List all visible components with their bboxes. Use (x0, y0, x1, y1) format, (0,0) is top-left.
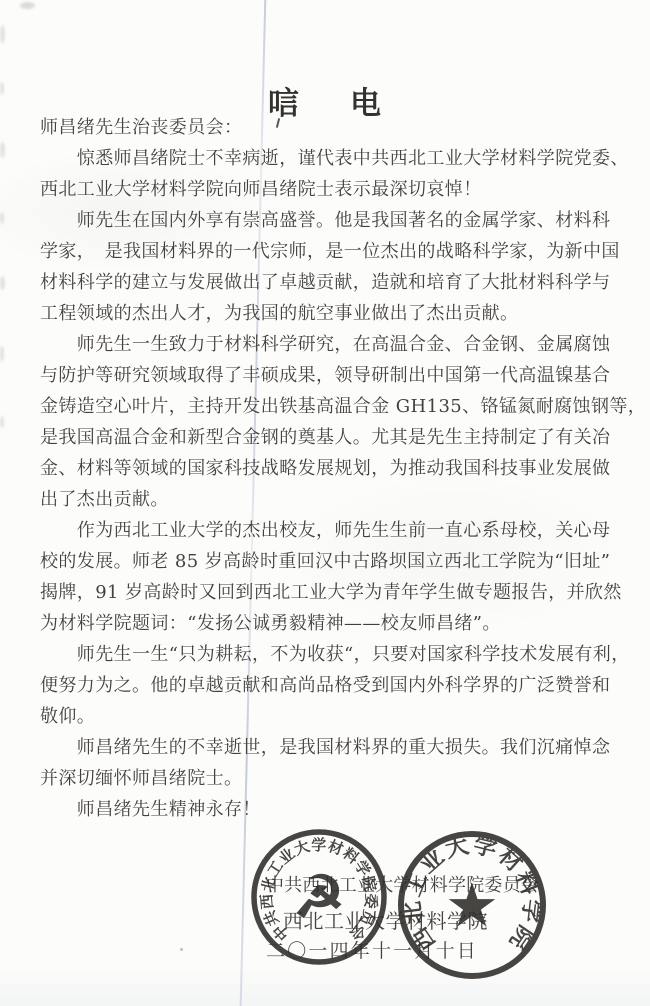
scan-smudge (0, 346, 4, 362)
letter-body: 师昌绪先生治丧委员会： 惊悉师昌绪院士不幸病逝，谨代表中共西北工业大学材料学院党… (40, 112, 626, 825)
body-line: 是我国高温合金和新型合金钢的奠基人。尤其是先生主持制定了有关冶 (40, 422, 626, 453)
body-line: 师昌绪先生的不幸逝世，是我国材料界的重大损失。我们沉痛悼念 (40, 732, 626, 763)
body-line: 金、材料等领域的国家科技战略发展规划，为推动我国科技事业发展做 (40, 453, 626, 484)
scan-speck (180, 948, 183, 951)
body-line: 金铸造空心叶片，主持开发出铁基高温合金 GH135、铬锰氮耐腐蚀钢等， (40, 391, 626, 422)
scanned-condolence-letter: 唁 电 师昌绪先生治丧委员会： 惊悉师昌绪院士不幸病逝，谨代表中共西北工业大学材… (0, 0, 650, 1006)
body-line: 材料科学的建立与发展做出了卓越贡献，造就和培育了大批材料科学与 (40, 267, 626, 298)
body-line: 校的发展。师老 85 岁高龄时重回汉中古路坝国立西北工学院为“旧址” (40, 546, 626, 577)
scan-smudge (0, 416, 4, 428)
body-line: 揭牌，91 岁高龄时又回到西北工业大学为青年学生做专题报告，并欣然 (40, 577, 626, 608)
scan-smudge (0, 142, 5, 158)
scan-smudge (0, 25, 5, 43)
school-seal: 西北工业大学材料学院 ★ (396, 829, 548, 981)
body-line: 学家， 是我国材料界的一代宗师，是一位杰出的战略科学家，为新中国 (40, 236, 626, 267)
body-line: 师先生在国内外享有崇高盛誉。他是我国著名的金属学家、材料科 (40, 205, 626, 236)
body-line: 师昌绪先生精神永存！ (40, 794, 626, 825)
party-committee-seal: 中共西北工业大学材料学院委员会 ☭ (249, 827, 389, 967)
body-line: 出了杰出贡献。 (40, 484, 626, 515)
body-line: 敬仰。 (40, 701, 626, 732)
body-line: 惊悉师昌绪院士不幸病逝，谨代表中共西北工业大学材料学院党委、 (40, 143, 626, 174)
scan-smudge (0, 212, 4, 224)
body-line: 工程领域的杰出人才，为我国的航空事业做出了杰出贡献。 (40, 298, 626, 329)
body-line: 师先生一生致力于材料科学研究，在高温合金、合金钢、金属腐蚀 (40, 329, 626, 360)
body-line: 便努力为之。他的卓越贡献和高尚品格受到国内外科学界的广泛赞誉和 (40, 670, 626, 701)
hammer-sickle-icon: ☭ (293, 863, 345, 931)
star-icon: ★ (448, 873, 496, 937)
body-line: 师先生一生“只为耕耘，不为收获“，只要对国家科学技术发展有利， (40, 639, 626, 670)
scan-smudge (20, 2, 35, 9)
body-line: 西北工业大学材料学院向师昌绪院士表示最深切哀悼！ (40, 174, 626, 205)
body-line: 作为西北工业大学的杰出校友，师先生生前一直心系母校，关心母 (40, 515, 626, 546)
body-line: 并深切缅怀师昌绪院士。 (40, 763, 626, 794)
body-line: 为材料学院题词：“发扬公诚勇毅精神——校友师昌绪”。 (40, 608, 626, 639)
body-line: 与防护等研究领域取得了丰硕成果，领导研制出中国第一代高温镍基合 (40, 360, 626, 391)
scan-smudge (0, 276, 5, 290)
salutation-line: 师昌绪先生治丧委员会： (40, 112, 626, 143)
